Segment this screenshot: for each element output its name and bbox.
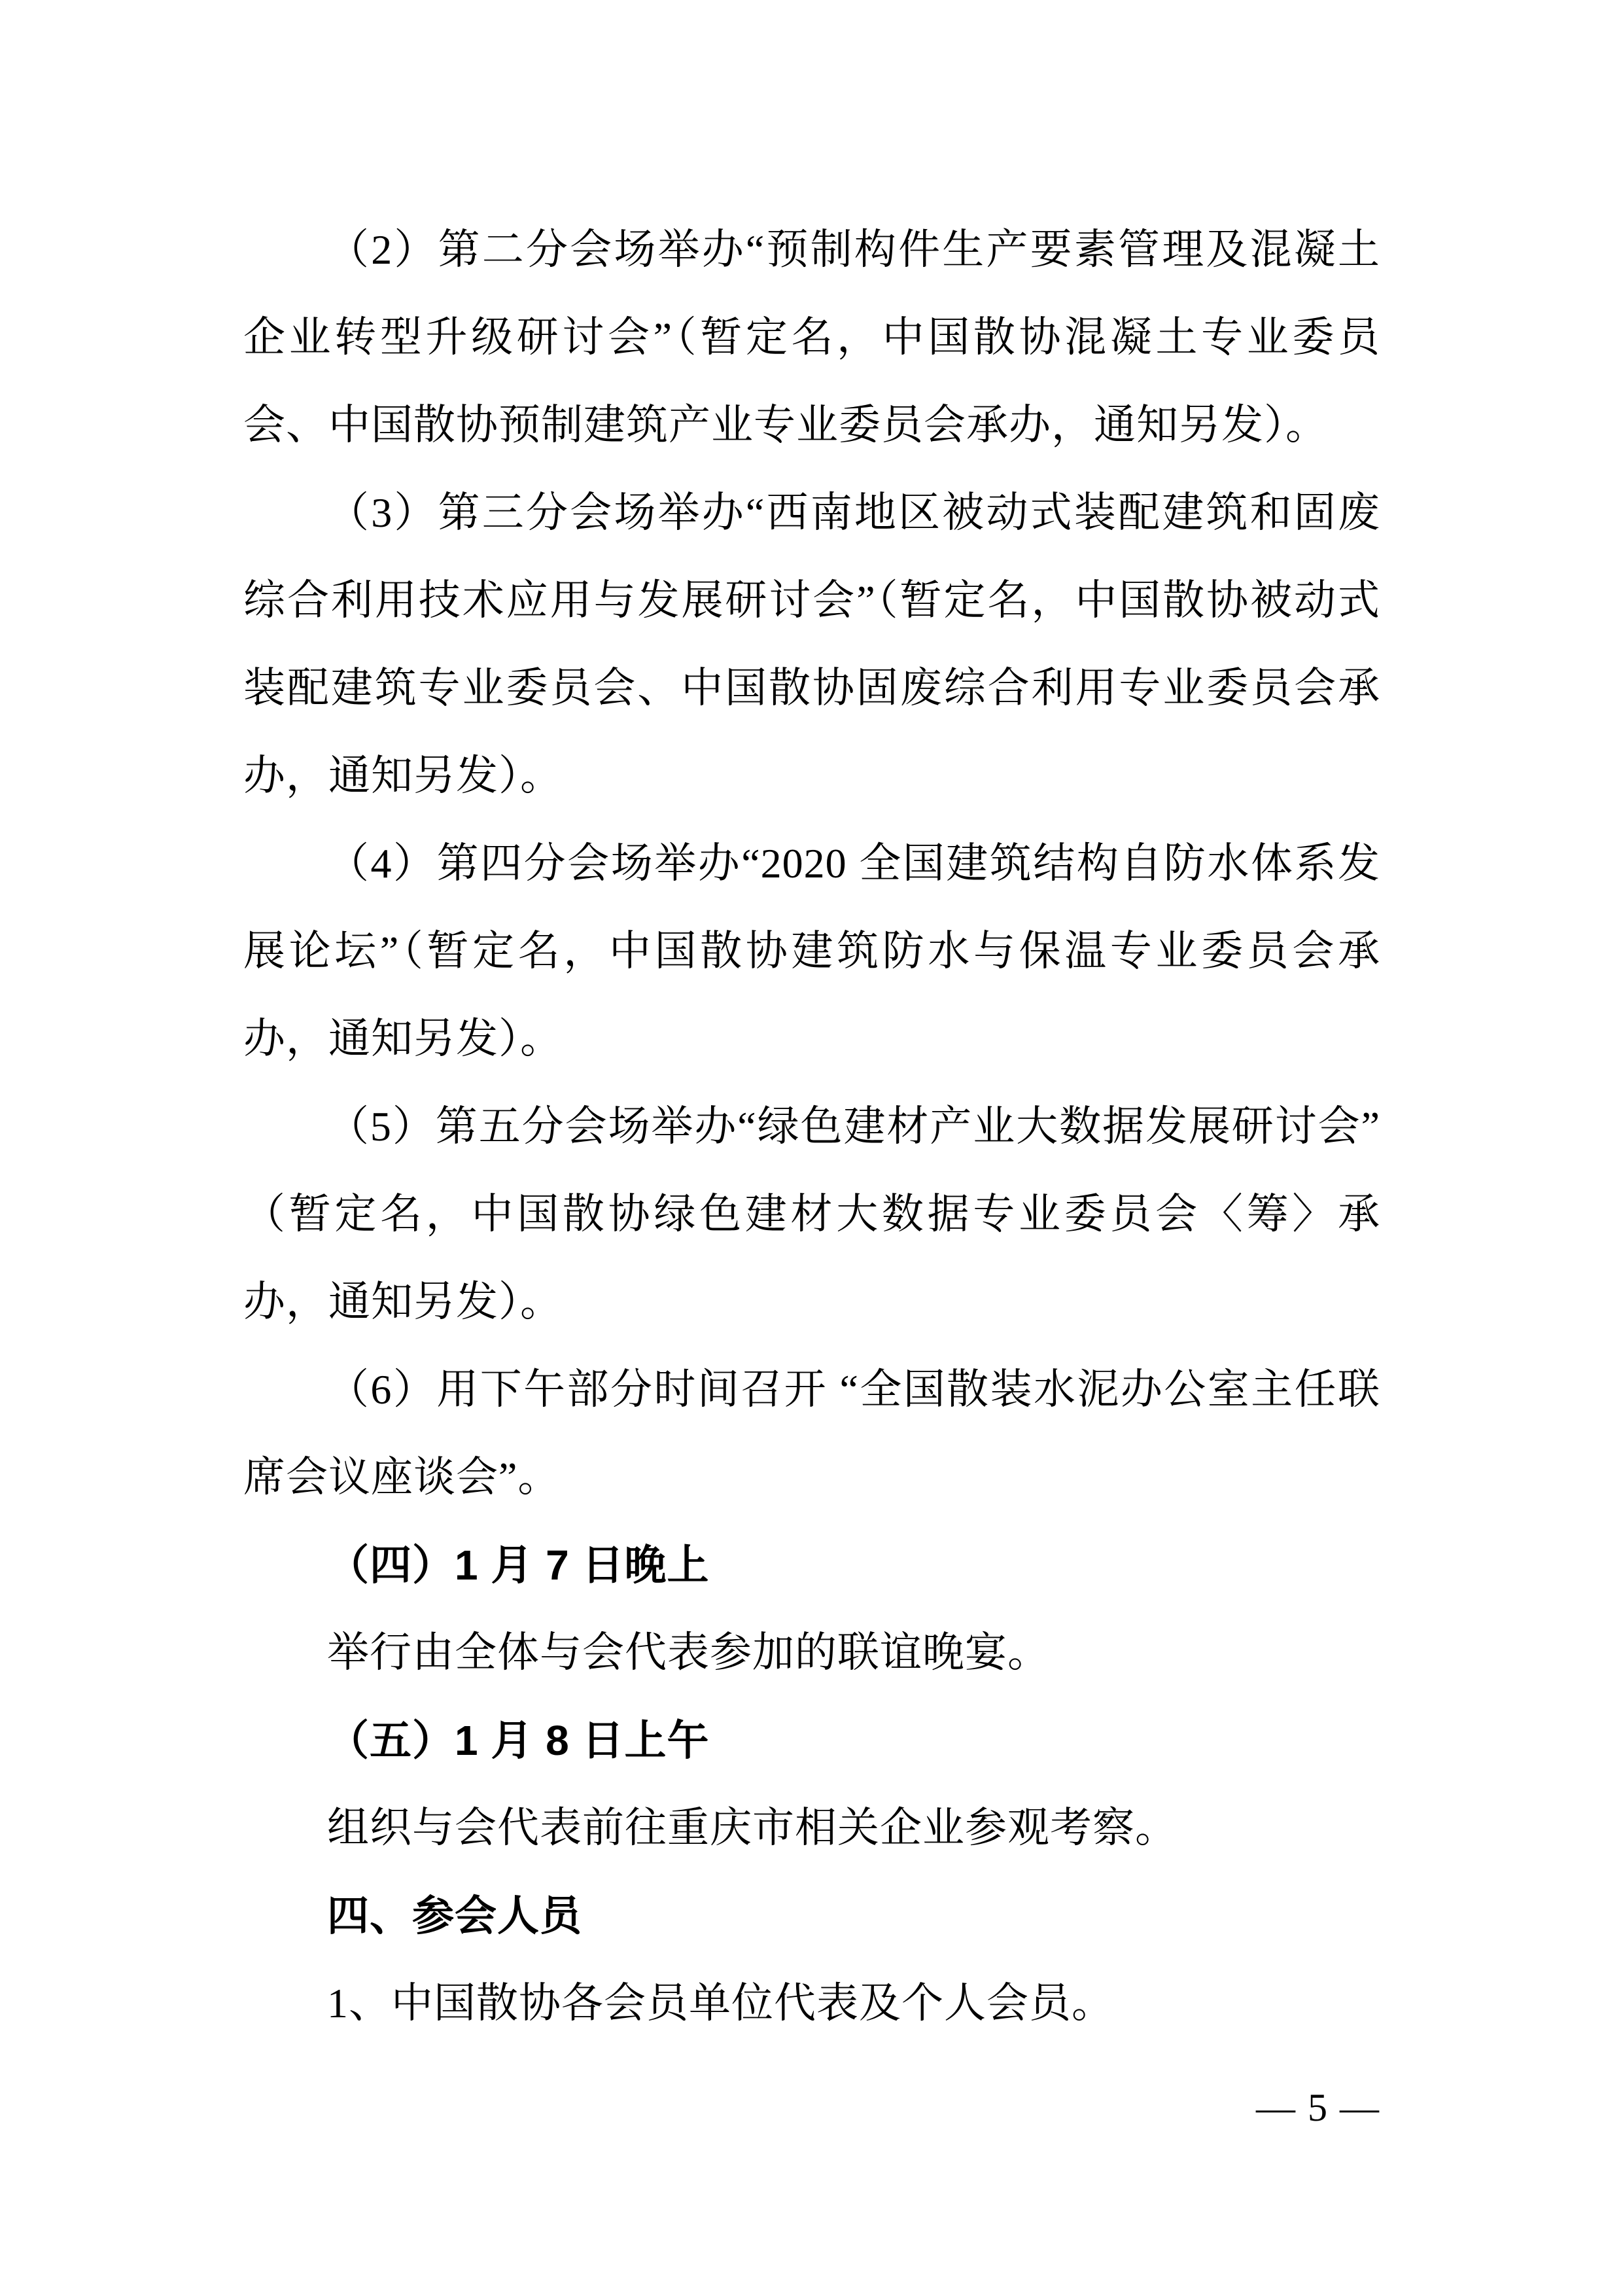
document-body: （2）第二分会场举办“预制构件生产要素管理及混凝土企业转型升级研讨会”（暂定名，…	[243, 206, 1380, 2047]
heading-jan7-evening: （四）1 月 7 日晚上	[243, 1521, 1380, 1609]
para-session-5: （5）第五分会场举办“绿色建材产业大数据发展研讨会”（暂定名，中国散协绿色建材大…	[243, 1083, 1380, 1346]
heading-jan8-morning: （五）1 月 8 日上午	[243, 1697, 1380, 1784]
para-banquet: 举行由全体与会代表参加的联谊晚宴。	[243, 1609, 1380, 1697]
heading-participants: 四、参会人员	[243, 1872, 1380, 1960]
para-session-6: （6）用下午部分时间召开 “全国散装水泥办公室主任联席会议座谈会”。	[243, 1346, 1380, 1521]
document-page: （2）第二分会场举办“预制构件生产要素管理及混凝土企业转型升级研讨会”（暂定名，…	[0, 0, 1623, 2296]
para-session-4: （4）第四分会场举办“2020 全国建筑结构自防水体系发展论坛”（暂定名，中国散…	[243, 820, 1380, 1083]
page-number: — 5 —	[243, 2081, 1380, 2134]
para-members: 1、中国散协各会员单位代表及个人会员。	[243, 1960, 1380, 2047]
para-session-3: （3）第三分会场举办“西南地区被动式装配建筑和固废综合利用技术应用与发展研讨会”…	[243, 469, 1380, 820]
para-company-visit: 组织与会代表前往重庆市相关企业参观考察。	[243, 1784, 1380, 1872]
para-session-2: （2）第二分会场举办“预制构件生产要素管理及混凝土企业转型升级研讨会”（暂定名，…	[243, 206, 1380, 469]
